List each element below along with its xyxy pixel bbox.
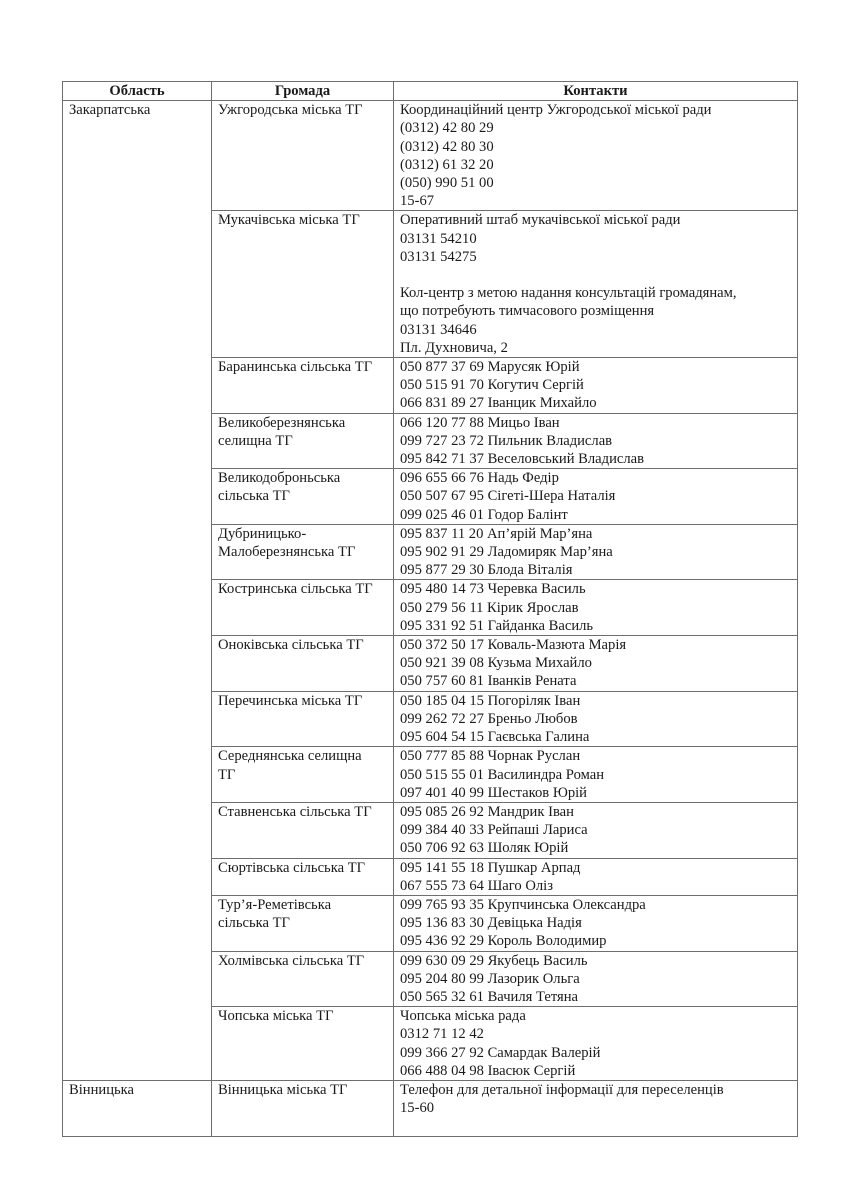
contact-line: 050 185 04 15 Погоріляк Іван bbox=[400, 692, 791, 710]
contact-line: (0312) 61 32 20 bbox=[400, 156, 791, 174]
contact-line: 095 085 26 92 Мандрик Іван bbox=[400, 803, 791, 821]
contacts-cell: 050 777 85 88 Чорнак Руслан050 515 55 01… bbox=[394, 747, 798, 803]
contact-line: 095 604 54 15 Гаєвська Галина bbox=[400, 728, 791, 746]
contact-line bbox=[400, 266, 791, 284]
contact-line: (0312) 42 80 30 bbox=[400, 138, 791, 156]
community-name: Малоберезнянська ТГ bbox=[218, 543, 387, 561]
contact-line bbox=[400, 1117, 791, 1135]
contacts-cell: 050 372 50 17 Коваль-Мазюта Марія050 921… bbox=[394, 636, 798, 692]
contact-line: 099 727 23 72 Пильник Владислав bbox=[400, 432, 791, 450]
contact-line: 066 831 89 27 Іванцик Михайло bbox=[400, 394, 791, 412]
region-name: Закарпатська bbox=[69, 101, 205, 119]
contacts-cell: 050 877 37 69 Марусяк Юрій050 515 91 70 … bbox=[394, 358, 798, 414]
contact-line: 095 837 11 20 Ап’ярій Мар’яна bbox=[400, 525, 791, 543]
community-name: Вінницька міська ТГ bbox=[218, 1081, 387, 1099]
contact-line: 099 384 40 33 Рейпаші Лариса bbox=[400, 821, 791, 839]
contact-line: (050) 990 51 00 bbox=[400, 174, 791, 192]
contact-line: 066 488 04 98 Івасюк Сергій bbox=[400, 1062, 791, 1080]
community-name: сільська ТГ bbox=[218, 914, 387, 932]
contact-line: 050 777 85 88 Чорнак Руслан bbox=[400, 747, 791, 765]
community-cell: Костринська сільська ТГ bbox=[212, 580, 394, 636]
contact-line: 095 331 92 51 Гайданка Василь bbox=[400, 617, 791, 635]
community-cell: Середнянська селищнаТГ bbox=[212, 747, 394, 803]
contact-line: 099 025 46 01 Годор Балінт bbox=[400, 506, 791, 524]
community-name: ТГ bbox=[218, 766, 387, 784]
contact-line: 050 921 39 08 Кузьма Михайло bbox=[400, 654, 791, 672]
contact-line: Координаційний центр Ужгородської місько… bbox=[400, 101, 791, 119]
contact-line: 03131 54210 bbox=[400, 230, 791, 248]
contacts-cell: Оперативний штаб мукачівської міської ра… bbox=[394, 211, 798, 358]
community-name: Ужгородська міська ТГ bbox=[218, 101, 387, 119]
contact-line: Телефон для детальної інформації для пер… bbox=[400, 1081, 791, 1099]
contact-line: 095 480 14 73 Черевка Василь bbox=[400, 580, 791, 598]
community-name: Оноківська сільська ТГ bbox=[218, 636, 387, 654]
community-cell: Великодоброньськасільська ТГ bbox=[212, 469, 394, 525]
table-body: ЗакарпатськаУжгородська міська ТГКоордин… bbox=[63, 101, 798, 1136]
contact-line: 03131 34646 bbox=[400, 321, 791, 339]
contact-line: 095 902 91 29 Ладомиряк Мар’яна bbox=[400, 543, 791, 561]
contact-line: що потребують тимчасового розміщення bbox=[400, 302, 791, 320]
community-cell: Баранинська сільська ТГ bbox=[212, 358, 394, 414]
contacts-cell: Чопська міська рада0312 71 12 42099 366 … bbox=[394, 1007, 798, 1081]
contact-line: 067 555 73 64 Шаго Оліз bbox=[400, 877, 791, 895]
contacts-cell: 066 120 77 88 Мицьо Іван099 727 23 72 Пи… bbox=[394, 413, 798, 469]
contact-line: 099 366 27 92 Самардак Валерій bbox=[400, 1044, 791, 1062]
contact-line: Оперативний штаб мукачівської міської ра… bbox=[400, 211, 791, 229]
community-name: Великоберезнянська bbox=[218, 414, 387, 432]
contact-line: 15-60 bbox=[400, 1099, 791, 1117]
community-cell: Сюртівська сільська ТГ bbox=[212, 858, 394, 895]
community-name: Тур’я-Реметівська bbox=[218, 896, 387, 914]
contact-line: 095 842 71 37 Веселовський Владислав bbox=[400, 450, 791, 468]
community-cell: Дубриницько-Малоберезнянська ТГ bbox=[212, 524, 394, 580]
contacts-cell: 095 085 26 92 Мандрик Іван099 384 40 33 … bbox=[394, 802, 798, 858]
region-name: Вінницька bbox=[69, 1081, 205, 1099]
community-cell: Вінницька міська ТГ bbox=[212, 1080, 394, 1136]
contacts-cell: 099 765 93 35 Крупчинська Олександра095 … bbox=[394, 895, 798, 951]
community-name: Чопська міська ТГ bbox=[218, 1007, 387, 1025]
contact-line: 050 372 50 17 Коваль-Мазюта Марія bbox=[400, 636, 791, 654]
community-name: Костринська сільська ТГ bbox=[218, 580, 387, 598]
contact-line: 050 877 37 69 Марусяк Юрій bbox=[400, 358, 791, 376]
column-header-region: Область bbox=[63, 82, 212, 101]
contacts-cell: 096 655 66 76 Надь Федір050 507 67 95 Сі… bbox=[394, 469, 798, 525]
community-name: Холмівська сільська ТГ bbox=[218, 952, 387, 970]
table-row: ЗакарпатськаУжгородська міська ТГКоордин… bbox=[63, 101, 798, 211]
community-name: Сюртівська сільська ТГ bbox=[218, 859, 387, 877]
contact-line: 0312 71 12 42 bbox=[400, 1025, 791, 1043]
contact-line: 099 765 93 35 Крупчинська Олександра bbox=[400, 896, 791, 914]
community-name: Перечинська міська ТГ bbox=[218, 692, 387, 710]
column-header-community: Громада bbox=[212, 82, 394, 101]
contact-line: 050 757 60 81 Іванків Рената bbox=[400, 672, 791, 690]
region-cell: Вінницька bbox=[63, 1080, 212, 1136]
community-cell: Холмівська сільська ТГ bbox=[212, 951, 394, 1007]
contact-line: 050 507 67 95 Сігеті-Шера Наталія bbox=[400, 487, 791, 505]
community-cell: Ставненська сільська ТГ bbox=[212, 802, 394, 858]
contacts-cell: 095 480 14 73 Черевка Василь050 279 56 1… bbox=[394, 580, 798, 636]
community-cell: Перечинська міська ТГ bbox=[212, 691, 394, 747]
contact-line: 097 401 40 99 Шестаков Юрій bbox=[400, 784, 791, 802]
community-name: селищна ТГ bbox=[218, 432, 387, 450]
contacts-table: Область Громада Контакти ЗакарпатськаУжг… bbox=[62, 81, 798, 1137]
contact-line: 096 655 66 76 Надь Федір bbox=[400, 469, 791, 487]
contact-line: 050 279 56 11 Кірик Ярослав bbox=[400, 599, 791, 617]
contact-line: 03131 54275 bbox=[400, 248, 791, 266]
contact-line: 095 136 83 30 Девіцька Надія bbox=[400, 914, 791, 932]
contacts-cell: Координаційний центр Ужгородської місько… bbox=[394, 101, 798, 211]
region-cell: Закарпатська bbox=[63, 101, 212, 1081]
contacts-cell: 095 837 11 20 Ап’ярій Мар’яна095 902 91 … bbox=[394, 524, 798, 580]
contact-line: 095 877 29 30 Блода Віталія bbox=[400, 561, 791, 579]
contact-line: 099 262 72 27 Бреньо Любов bbox=[400, 710, 791, 728]
contact-line: 099 630 09 29 Якубець Василь bbox=[400, 952, 791, 970]
column-header-contacts: Контакти bbox=[394, 82, 798, 101]
community-name: Мукачівська міська ТГ bbox=[218, 211, 387, 229]
contacts-cell: 095 141 55 18 Пушкар Арпад067 555 73 64 … bbox=[394, 858, 798, 895]
contact-line: 050 565 32 61 Вачиля Тетяна bbox=[400, 988, 791, 1006]
contact-line: 050 706 92 63 Шоляк Юрій bbox=[400, 839, 791, 857]
table-row: ВінницькаВінницька міська ТГТелефон для … bbox=[63, 1080, 798, 1136]
community-cell: Тур’я-Реметівськасільська ТГ bbox=[212, 895, 394, 951]
contact-line: Пл. Духновича, 2 bbox=[400, 339, 791, 357]
table-header-row: Область Громада Контакти bbox=[63, 82, 798, 101]
contact-line: 095 141 55 18 Пушкар Арпад bbox=[400, 859, 791, 877]
contact-line: 095 204 80 99 Лазорик Ольга bbox=[400, 970, 791, 988]
contact-line: 066 120 77 88 Мицьо Іван bbox=[400, 414, 791, 432]
community-name: Дубриницько- bbox=[218, 525, 387, 543]
contacts-cell: 050 185 04 15 Погоріляк Іван099 262 72 2… bbox=[394, 691, 798, 747]
contacts-cell: 099 630 09 29 Якубець Василь095 204 80 9… bbox=[394, 951, 798, 1007]
contact-line: 095 436 92 29 Король Володимир bbox=[400, 932, 791, 950]
community-name: Баранинська сільська ТГ bbox=[218, 358, 387, 376]
community-name: сільська ТГ bbox=[218, 487, 387, 505]
community-name: Великодоброньська bbox=[218, 469, 387, 487]
contact-line: 050 515 91 70 Когутич Сергій bbox=[400, 376, 791, 394]
community-cell: Великоберезнянськаселищна ТГ bbox=[212, 413, 394, 469]
document-page: Область Громада Контакти ЗакарпатськаУжг… bbox=[0, 0, 849, 1200]
community-name: Ставненська сільська ТГ bbox=[218, 803, 387, 821]
community-cell: Чопська міська ТГ bbox=[212, 1007, 394, 1081]
contact-line: 15-67 bbox=[400, 192, 791, 210]
community-cell: Мукачівська міська ТГ bbox=[212, 211, 394, 358]
contacts-cell: Телефон для детальної інформації для пер… bbox=[394, 1080, 798, 1136]
community-cell: Оноківська сільська ТГ bbox=[212, 636, 394, 692]
contact-line: 050 515 55 01 Василиндра Роман bbox=[400, 766, 791, 784]
community-cell: Ужгородська міська ТГ bbox=[212, 101, 394, 211]
contact-line: Кол-центр з метою надання консультацій г… bbox=[400, 284, 791, 302]
contact-line: (0312) 42 80 29 bbox=[400, 119, 791, 137]
community-name: Середнянська селищна bbox=[218, 747, 387, 765]
contact-line: Чопська міська рада bbox=[400, 1007, 791, 1025]
